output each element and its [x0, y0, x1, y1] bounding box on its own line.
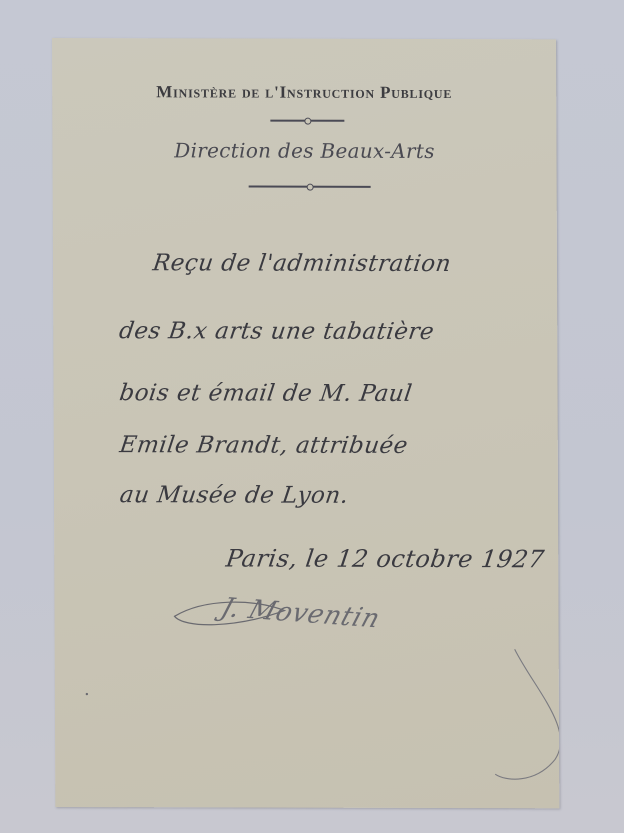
signature-flourish-icon	[52, 38, 559, 808]
letter-paper: Ministère de l'Instruction Publique Dire…	[52, 38, 559, 808]
